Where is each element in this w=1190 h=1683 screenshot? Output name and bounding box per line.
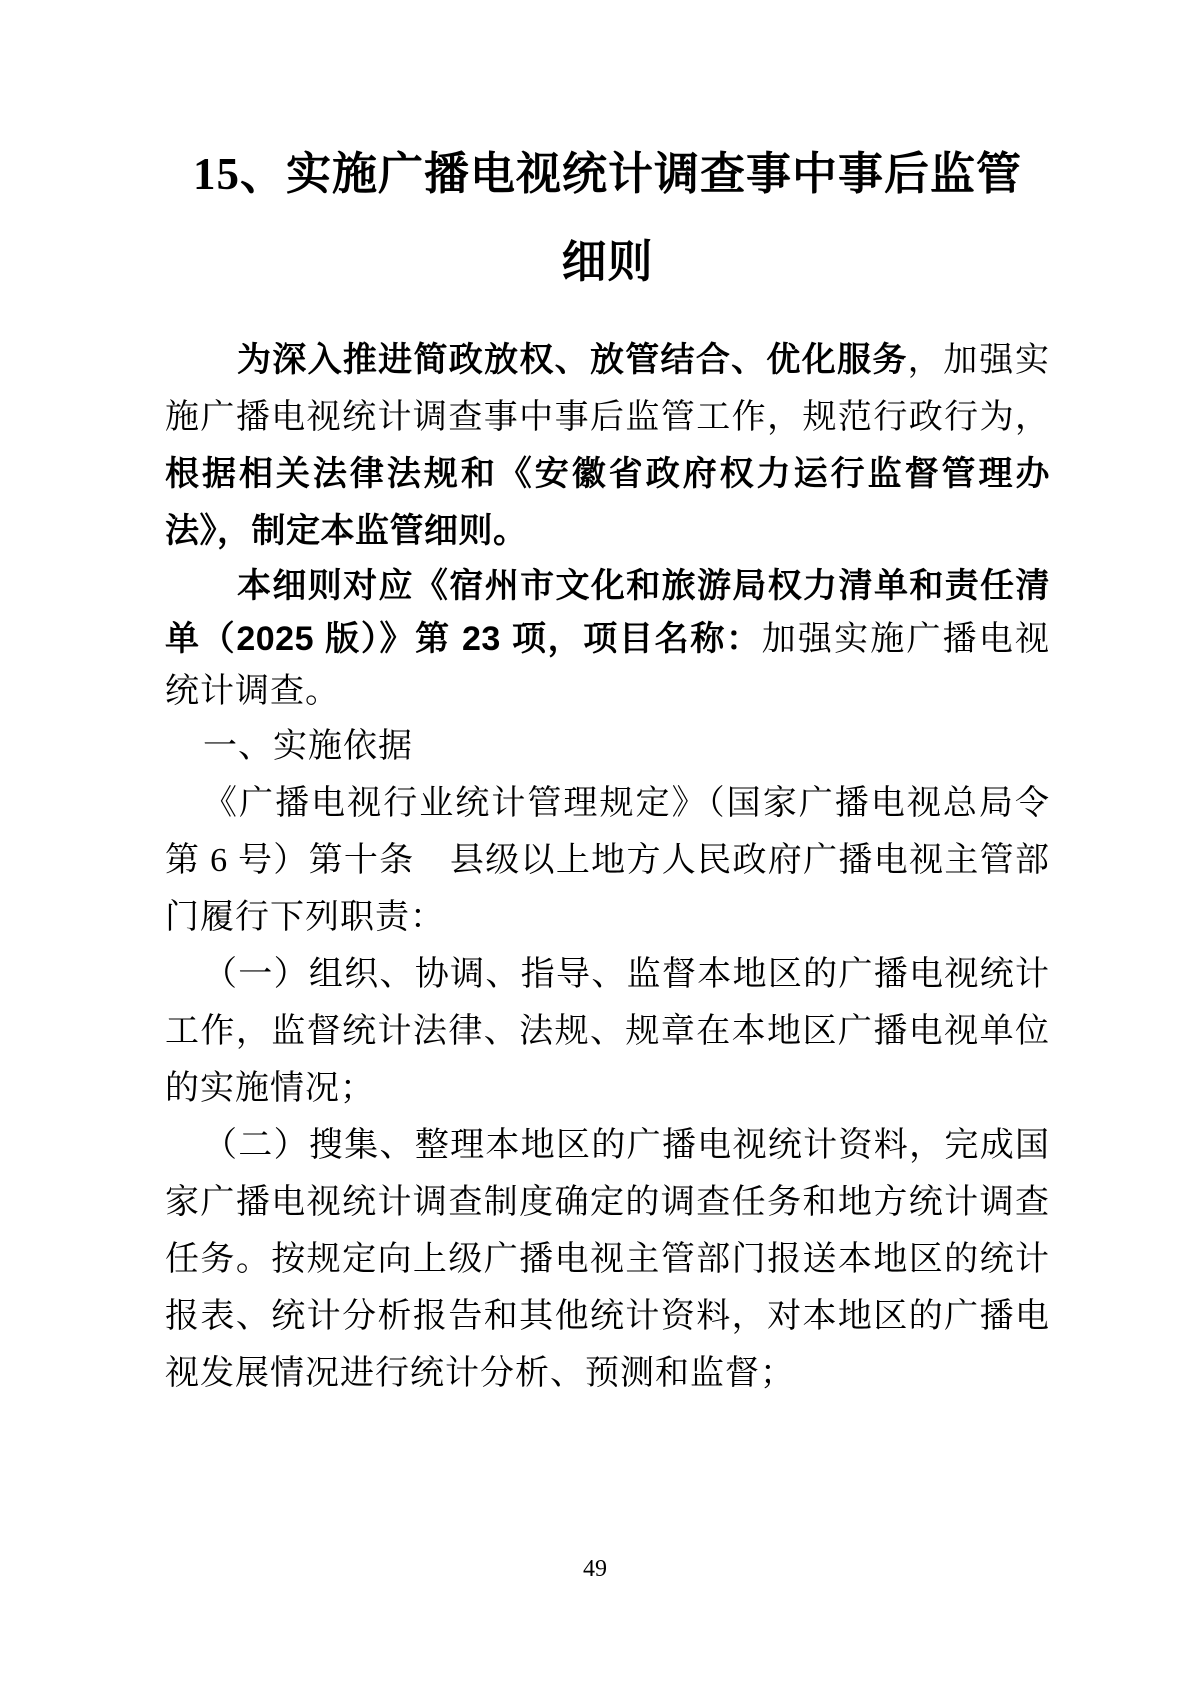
paragraph-intro-bold-tail: 根据相关法律法规和《安徽省政府权力运行监督管理办法》，制定本监管细则。 bbox=[165, 455, 1050, 550]
paragraph-intro-bold-lead: 为深入推进简政放权、放管结合、优化服务 bbox=[237, 341, 908, 379]
paragraph-duty-2: （二）搜集、整理本地区的广播电视统计资料，完成国家广播电视统计调查制度确定的调查… bbox=[165, 1117, 1050, 1402]
document-content: 15、实施广播电视统计调查事中事后监管细则 为深入推进简政放权、放管结合、优化服… bbox=[165, 130, 1050, 1402]
paragraph-intro: 为深入推进简政放权、放管结合、优化服务，加强实施广播电视统计调查事中事后监管工作… bbox=[165, 332, 1050, 560]
document-page: 15、实施广播电视统计调查事中事后监管细则 为深入推进简政放权、放管结合、优化服… bbox=[0, 0, 1190, 1683]
page-number: 49 bbox=[0, 1554, 1190, 1584]
page-title-line-2: 细则 bbox=[561, 237, 653, 287]
page-title-line-1: 15、实施广播电视统计调查事中事后监管 bbox=[193, 149, 1022, 199]
paragraph-correspondence: 本细则对应《宿州市文化和旅游局权力清单和责任清单（2025 版）》第 23 项，… bbox=[165, 560, 1050, 718]
paragraph-duty-1: （一）组织、协调、指导、监督本地区的广播电视统计工作，监督统计法律、法规、规章在… bbox=[165, 946, 1050, 1117]
paragraph-regulation-article: 《广播电视行业统计管理规定》（国家广播电视总局令第 6 号）第十条 县级以上地方… bbox=[165, 775, 1050, 946]
heading-implementation-basis: 一、实施依据 bbox=[165, 718, 1050, 775]
page-title: 15、实施广播电视统计调查事中事后监管细则 bbox=[165, 130, 1050, 306]
